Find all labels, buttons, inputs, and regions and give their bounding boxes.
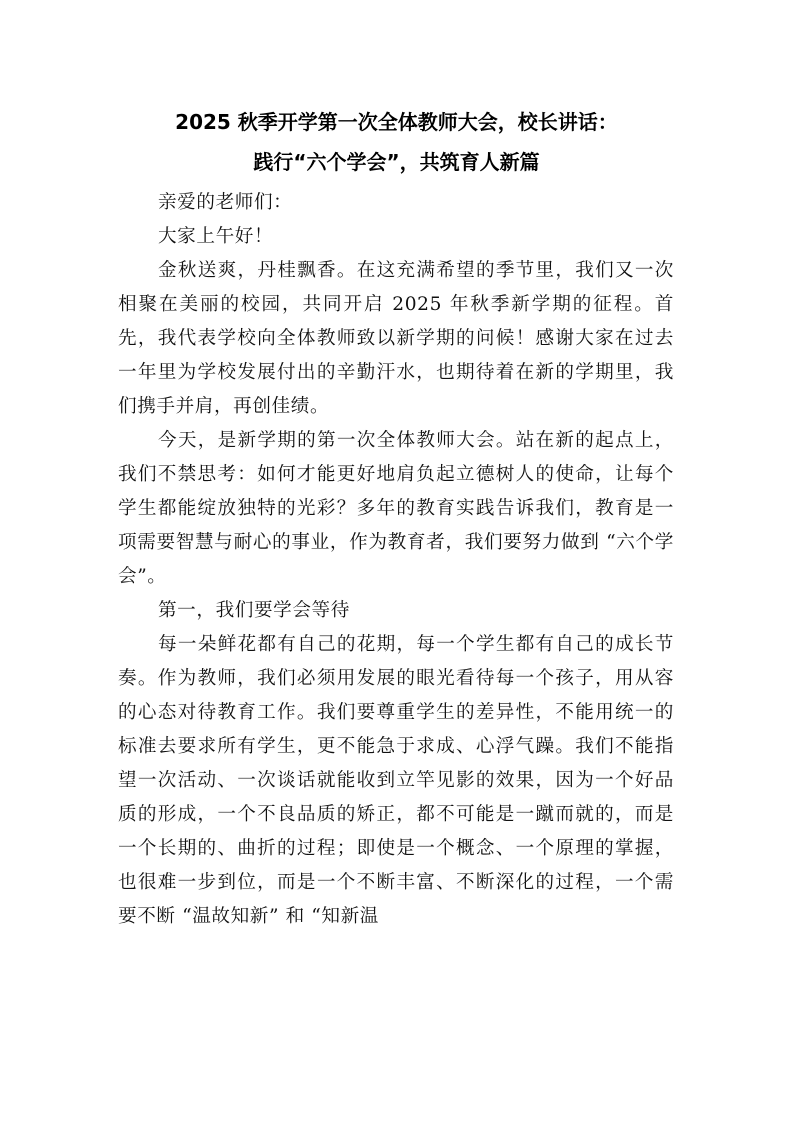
document-page: 2025 秋季开学第一次全体教师大会，校长讲话： 践行“六个学会”，共筑育人新篇… (0, 0, 793, 1122)
section-heading-first: 第一，我们要学会等待 (118, 594, 674, 628)
paragraph-opening: 金秋送爽，丹桂飘香。在这充满希望的季节里，我们又一次相聚在美丽的校园，共同开启 … (118, 254, 674, 424)
paragraph-first-section: 每一朵鲜花都有自己的花期，每一个学生都有自己的成长节奏。作为教师，我们必须用发展… (118, 628, 674, 934)
salutation: 亲爱的老师们： (118, 186, 674, 220)
greeting: 大家上午好！ (118, 220, 674, 254)
document-body: 亲爱的老师们： 大家上午好！ 金秋送爽，丹桂飘香。在这充满希望的季节里，我们又一… (118, 186, 674, 934)
paragraph-introduction: 今天，是新学期的第一次全体教师大会。站在新的起点上，我们不禁思考：如何才能更好地… (118, 424, 674, 594)
document-title-line-2: 践行“六个学会”，共筑育人新篇 (0, 146, 793, 175)
document-title-line-1: 2025 秋季开学第一次全体教师大会，校长讲话： (0, 106, 793, 135)
